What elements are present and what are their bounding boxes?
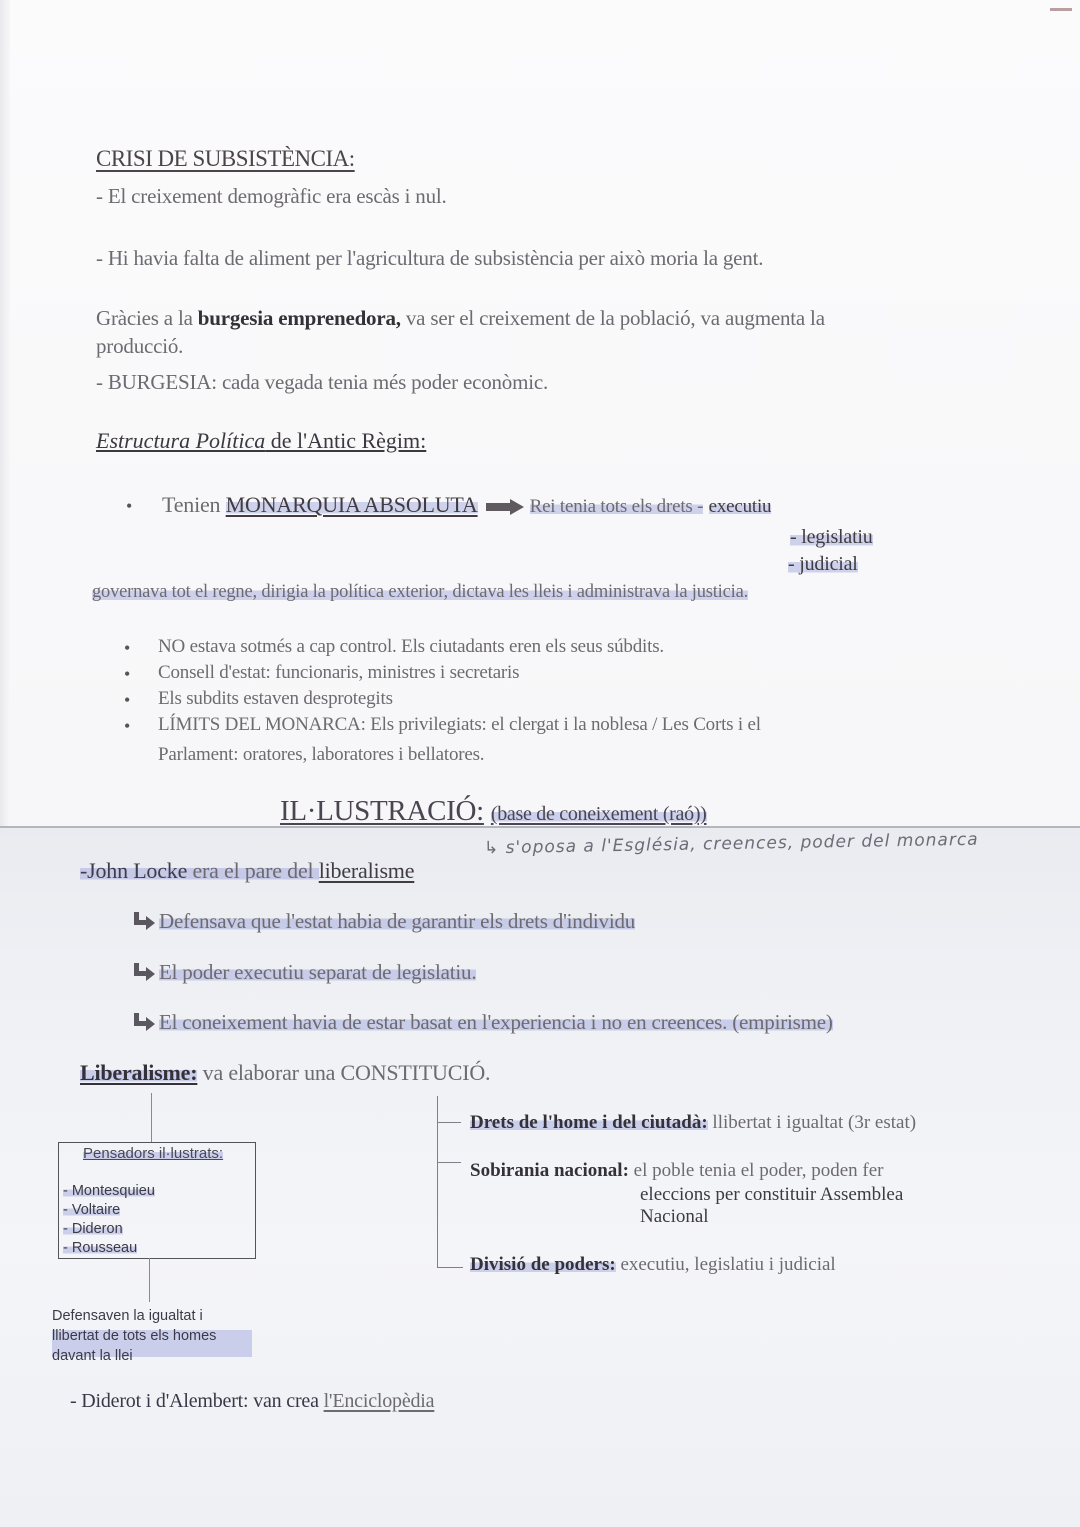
encyclopedia-pre: - Diderot i d'Alembert: van crea [70,1390,324,1412]
thinkers-box: Pensadors il·lustrats: - Montesquieu - V… [58,1142,256,1259]
power-executiu: executiu [709,496,772,517]
turn-right-arrow-icon [132,912,156,930]
connector-line [151,1093,152,1142]
principle-text: llibertat i igualtat (3r estat) [708,1112,916,1133]
monarchy-pre: Tenien [162,492,226,517]
enciclopedia-term: l'Enciclopèdia [324,1390,435,1412]
crisis-line-3-cont: producció. [96,334,183,359]
principle-label: Drets de l'home i del ciutadà: [470,1112,708,1133]
monarchy-result: Rei tenia tots els drets - [530,496,704,517]
crisis-line-3: Gràcies a la burgesia emprenedora, va se… [96,306,825,331]
heading-estructura-politica: Estructura Política de l'Antic Règim: [96,428,426,454]
locke-point-3-text: El coneixement havia de estar basat en l… [159,1010,833,1034]
principle-text: executiu, legislatiu i judicial [616,1254,836,1275]
connector-line [437,1162,461,1163]
liberalisme-term: liberalisme [319,858,415,883]
locke-point-2: El poder executiu separat de legislatiu. [132,960,476,985]
burgesia-emprenedora: burgesia emprenedora, [198,306,401,330]
connector-line [437,1122,461,1123]
thinker-item: - Rousseau [63,1240,137,1256]
crisis-line-3-pre: Gràcies a la [96,306,198,330]
crisis-line-4: - BURGESIA: cada vegada tenia més poder … [96,370,548,395]
locke-point-2-text: El poder executiu separat de legislatiu. [159,960,476,984]
encyclopedia-line: - Diderot i d'Alembert: van crea l'Encic… [70,1390,434,1413]
political-bullet-2: Consell d'estat: funcionaris, ministres … [158,662,519,684]
locke-point-1: Defensava que l'estat habia de garantir … [132,909,635,934]
thinker-item: - Voltaire [63,1202,120,1218]
monarchy-term: MONARQUIA ABSOLUTA [226,492,478,517]
bullet-dot: • [124,716,130,737]
principle-label: Divisió de poders: [470,1254,616,1275]
heading-illustracio-title: IL·LUSTRACIÓ: [280,795,484,827]
heading-estructura-rest: de l'Antic Règim: [265,428,426,453]
liberalisme-label: Liberalisme: [80,1060,197,1085]
crisis-line-3-post: va ser el creixement de la població, va … [401,306,825,330]
monarchy-line: Tenien MONARQUIA ABSOLUTARei tenia tots … [162,492,771,518]
connector-line [437,1267,463,1268]
thinker-item: - Montesquieu [63,1183,155,1199]
liberalisme-rest: va elaborar una CONSTITUCIÓ. [197,1060,490,1085]
political-bullet-1: NO estava sotmés a cap control. Els ciut… [158,636,664,658]
political-bullet-3: Els subdits estaven desprotegits [158,688,393,710]
principle-sobirania-cont-2: Nacional [640,1206,709,1228]
crisis-line-1: - El creixement demogràfic era escàs i n… [96,184,447,209]
political-bullet-4: LÍMITS DEL MONARCA: Els privilegiats: el… [158,714,761,736]
principle-drets: Drets de l'home i del ciutadà: llibertat… [470,1112,916,1134]
thinkers-title: Pensadors il·lustrats: [83,1145,223,1162]
principle-label: Sobirania nacional: [470,1160,629,1181]
john-locke-line: -John Locke era el pare del liberalisme [80,858,414,884]
governance-line: governava tot el regne, dirigia la polít… [92,582,748,603]
crisis-line-2: - Hi havia falta de aliment per l'agricu… [96,246,763,271]
corner-mark [1050,8,1072,11]
right-arrow-icon [486,500,524,514]
heading-crisi-subsistencia: CRISI DE SUBSISTÈNCIA: [96,146,355,172]
turn-right-arrow-icon [132,963,156,981]
bullet-dot: • [124,638,130,659]
principle-sobirania: Sobirania nacional: el poble tenia el po… [470,1160,884,1182]
turn-right-arrow-icon [132,1013,156,1031]
principle-sobirania-cont-1: eleccions per constituir Assemblea [640,1184,903,1206]
locke-point-1-text: Defensava que l'estat habia de garantir … [159,909,635,933]
power-judicial: - judicial [788,553,858,576]
power-legislatiu: - legislatiu [790,526,873,549]
thinkers-conclusion: Defensaven la igualtat i llibertat de to… [52,1306,252,1366]
liberalisme-line: Liberalisme: va elaborar una CONSTITUCIÓ… [80,1060,490,1086]
principle-text: el poble tenia el poder, poden fer [629,1160,884,1181]
connector-line [149,1258,150,1302]
locke-point-3: El coneixement havia de estar basat en l… [132,1010,833,1035]
bullet-dot: • [124,664,130,685]
bullet-dot: • [124,690,130,711]
heading-estructura-italic: Estructura Política [96,428,265,453]
heading-illustracio: IL·LUSTRACIÓ: (base de coneixement (raó)… [280,795,707,828]
political-bullet-4-cont: Parlament: oratores, laboratores i bella… [158,744,484,766]
principle-divisio: Divisió de poders: executiu, legislatiu … [470,1254,836,1276]
john-locke-name: -John Locke [80,858,187,883]
john-locke-rest: era el pare del [187,858,319,883]
heading-illustracio-sub: (base de coneixement (raó)) [491,803,707,825]
bullet-dot: • [126,496,132,517]
thinker-item: - Dideron [63,1221,123,1237]
